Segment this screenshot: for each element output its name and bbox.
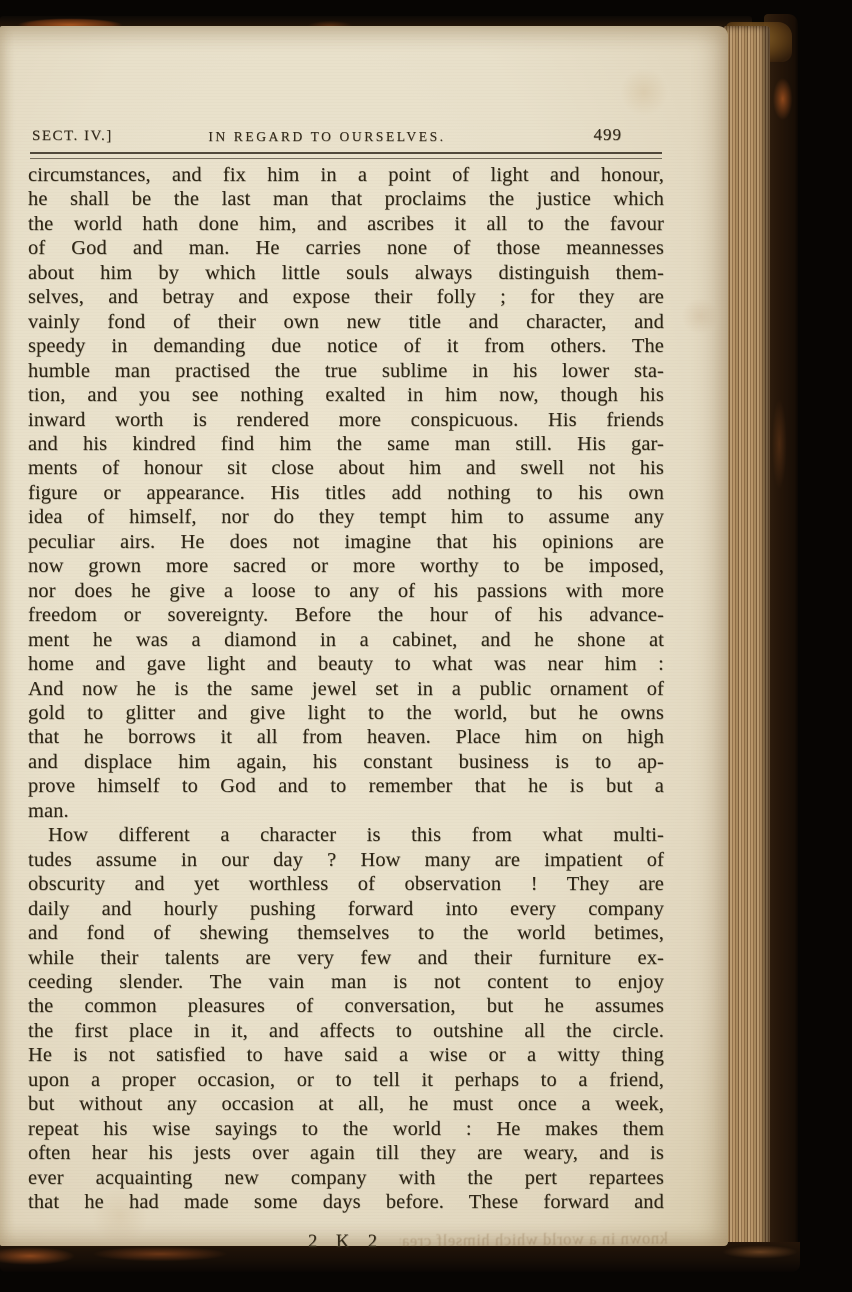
- text-line: the common pleasures of conversation, bu…: [28, 994, 664, 1018]
- text-line: idea of himself, nor do they tempt him t…: [28, 505, 664, 529]
- text-line: peculiar airs. He does not imagine that …: [28, 530, 664, 554]
- text-line: that he borrows it all from heaven. Plac…: [28, 725, 664, 749]
- book-page: SECT. IV.] IN REGARD TO OURSELVES. 499 c…: [0, 26, 728, 1246]
- text-line: humble man practised the true sublime in…: [28, 359, 664, 383]
- text-line: inward worth is rendered more conspicuou…: [28, 408, 664, 432]
- header-rule: [30, 152, 662, 159]
- text-line: circumstances, and fix him in a point of…: [28, 163, 664, 187]
- text-line: ment he was a diamond in a cabinet, and …: [28, 628, 664, 652]
- text-line: ceeding slender. The vain man is not con…: [28, 970, 664, 994]
- text-line: about him by which little souls always d…: [28, 261, 664, 285]
- book-photo: SECT. IV.] IN REGARD TO OURSELVES. 499 c…: [0, 0, 852, 1292]
- page-number: 499: [594, 125, 623, 145]
- text-line: And now he is the same jewel set in a pu…: [28, 677, 664, 701]
- running-title: IN REGARD TO OURSELVES.: [30, 129, 624, 145]
- text-line: repeat his wise sayings to the world : H…: [28, 1117, 664, 1141]
- page-body: circumstances, and fix him in a point of…: [28, 163, 664, 1214]
- text-line: the world hath done him, and ascribes it…: [28, 212, 664, 236]
- text-line: ments of honour sit close about him and …: [28, 456, 664, 480]
- page-header: SECT. IV.] IN REGARD TO OURSELVES. 499: [30, 124, 664, 148]
- text-line: ever acquainting new company with the pe…: [28, 1166, 664, 1190]
- text-line: speedy in demanding due notice of it fro…: [28, 334, 664, 358]
- text-line: he shall be the last man that proclaims …: [28, 187, 664, 211]
- text-line: freedom or sovereignty. Before the hour …: [28, 603, 664, 627]
- text-line: that he had made some days before. These…: [28, 1190, 664, 1214]
- text-line: figure or appearance. His titles add not…: [28, 481, 664, 505]
- text-line: tion, and you see nothing exalted in him…: [28, 383, 664, 407]
- page-fore-edge: [724, 26, 770, 1254]
- text-line: How different a character is this from w…: [28, 823, 664, 847]
- text-line: the first place in it, and affects to ou…: [28, 1019, 664, 1043]
- text-line: man.: [28, 799, 664, 823]
- text-line: now grown more sacred or more worthy to …: [28, 554, 664, 578]
- text-line: selves, and betray and expose their foll…: [28, 285, 664, 309]
- text-line: but without any occasion at all, he must…: [28, 1092, 664, 1116]
- text-line: home and gave light and beauty to what w…: [28, 652, 664, 676]
- text-line: nor does he give a loose to any of his p…: [28, 579, 664, 603]
- text-line: and fond of shewing themselves to the wo…: [28, 921, 664, 945]
- text-line: vainly fond of their own new title and c…: [28, 310, 664, 334]
- text-line: prove himself to God and to remember tha…: [28, 774, 664, 798]
- text-line: He is not satisfied to have said a wise …: [28, 1043, 664, 1067]
- show-through-text: known in a world which himself created: [400, 1229, 668, 1252]
- text-line: daily and hourly pushing forward into ev…: [28, 897, 664, 921]
- text-line: while their talents are very few and the…: [28, 946, 664, 970]
- text-line: of God and man. He carries none of those…: [28, 236, 664, 260]
- text-line: obscurity and yet worthless of observati…: [28, 872, 664, 896]
- text-line: and displace him again, his constant bus…: [28, 750, 664, 774]
- text-line: gold to glitter and give light to the wo…: [28, 701, 664, 725]
- text-line: upon a proper occasion, or to tell it pe…: [28, 1068, 664, 1092]
- text-line: often hear his jests over again till the…: [28, 1141, 664, 1165]
- text-line: and his kindred find him the same man st…: [28, 432, 664, 456]
- text-line: tudes assume in our day ? How many are i…: [28, 848, 664, 872]
